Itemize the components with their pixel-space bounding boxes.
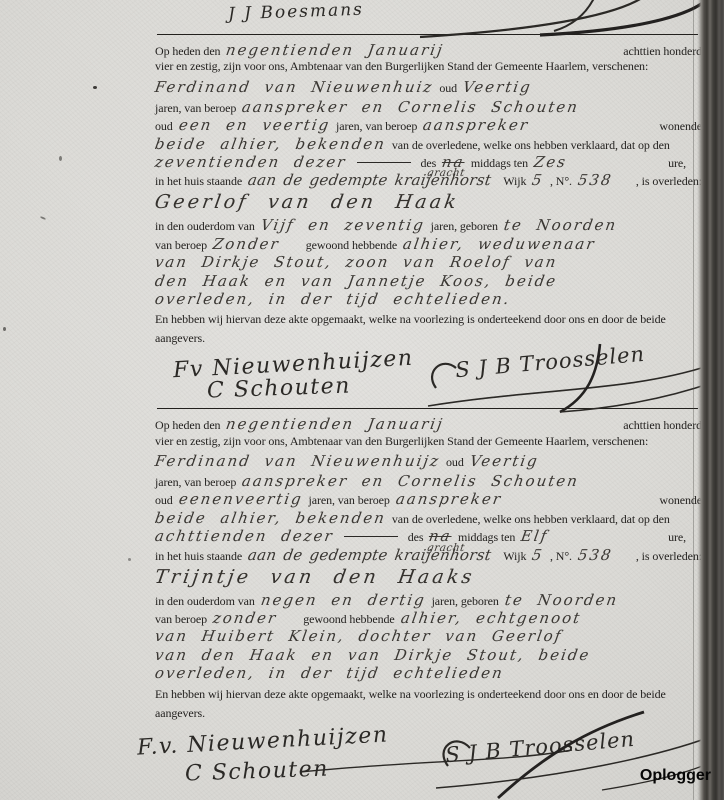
printed-text: in het huis staande [155, 174, 242, 189]
signature-top: J J Boesmans [228, 0, 365, 24]
handwritten-occupation: aanspreker en Cornelis Schouten [241, 472, 581, 490]
handwritten-age: eenenveertig [177, 490, 304, 508]
deceased-name: Geerlof van den Haak [153, 191, 461, 213]
printed-text: achttien honderd [623, 44, 702, 59]
printed-text: middags ten [471, 156, 528, 171]
handwritten-death-date: achttienden dezer [154, 527, 336, 545]
handwritten-death-date: zeventienden dezer [154, 153, 348, 171]
handwritten-date: negentienden Januarij [225, 415, 446, 433]
printed-text: En hebben wij hiervan deze akte opgemaak… [155, 312, 666, 327]
record-line: van Dirkje Stout, zoon van Roelof van [155, 253, 702, 271]
record-line: vier en zestig, zijn voor ons, Ambtenaar… [155, 59, 702, 77]
top-margin-zone: J J Boesmans [0, 0, 724, 34]
printed-text: Op heden den [155, 418, 220, 433]
handwritten-housenumber: 538 [577, 171, 614, 189]
printed-text: jaren, van beroep [155, 475, 236, 490]
watermark-oplogger: Oplogger [640, 767, 711, 785]
printed-text: aangevers. [155, 331, 205, 346]
record-line: En hebben wij hiervan deze akte opgemaak… [155, 312, 702, 331]
printed-text: van de overledene, welke ons hebben verk… [392, 138, 670, 153]
printed-text: Wijk [503, 174, 526, 189]
deceased-name: Trijntje van den Haaks [153, 566, 476, 588]
printed-text: oud [446, 455, 464, 470]
handwritten-age-deceased: Vijf en zeventig [259, 216, 426, 234]
handwritten-age: Veertig [468, 452, 540, 470]
handwritten-text: alhier, weduwenaar [402, 235, 597, 253]
handwritten-housenumber: 538 [577, 546, 614, 564]
handwritten-age: Veertig [462, 78, 534, 96]
printed-text: aangevers. [155, 706, 205, 721]
printed-text: , N°. [550, 549, 572, 564]
handwritten-parents: den Haak en van Jannetje Koos, beide [154, 272, 559, 290]
record-line: Ferdinand van Nieuwenhuiz oud Veertig [155, 78, 702, 98]
printed-text: gewoond hebbende [306, 238, 397, 253]
signature-block-2: F.v. Nieuwenhuijzen C Schouten S J B Tro… [155, 721, 702, 800]
book-binding-edge [697, 0, 724, 800]
handwritten-declarant-name: Ferdinand van Nieuwenhuiz [154, 78, 435, 96]
printed-text: , N°. [550, 174, 572, 189]
handwritten-parents: van den Haak en van Dirkje Stout, beide [154, 646, 592, 664]
record-line: Op heden den negentienden Januarij achtt… [155, 415, 702, 433]
printed-text: ure, [668, 156, 686, 171]
handwritten-age-deceased: negen en dertig [259, 591, 427, 609]
record-line: jaren, van beroep aanspreker en Cornelis… [155, 472, 702, 490]
record-line: van den Haak en van Dirkje Stout, beide [155, 646, 702, 664]
ink-speck [59, 156, 62, 161]
scanned-death-register-page: J J Boesmans Op heden den negentienden J… [0, 0, 724, 800]
printed-text: oud [155, 493, 173, 508]
record-line: van beroep zonder gewoond hebbende alhie… [155, 609, 702, 627]
printed-text: oud [155, 119, 173, 134]
record-line: Op heden den negentienden Januarij achtt… [155, 41, 702, 59]
printed-text: jaren, van beroep [155, 101, 236, 116]
printed-text: jaren, van beroep [336, 119, 417, 134]
printed-text: middags ten [458, 530, 515, 545]
handwritten-occupation-deceased: zonder [212, 609, 279, 627]
handwritten-birthplace: te Noorden [502, 216, 618, 234]
signature-registrar: S J B Troosselen [444, 726, 636, 766]
printed-text: vier en zestig, zijn voor ons, Ambtenaar… [155, 434, 648, 449]
handwritten-occupation-deceased: Zonder [212, 235, 282, 253]
record-line: jaren, van beroep aanspreker en Cornelis… [155, 98, 702, 116]
handwritten-text: alhier, echtgenoot [399, 609, 582, 627]
signature-declarant-1: F.v. Nieuwenhuijzen [137, 722, 390, 760]
ink-speck [128, 558, 131, 561]
handwritten-text: beide alhier, bekenden [154, 509, 388, 527]
printed-text: Op heden den [155, 44, 220, 59]
record-line: En hebben wij hiervan deze akte opgemaak… [155, 687, 702, 706]
handwritten-date: negentienden Januarij [225, 41, 446, 59]
printed-text: des [408, 530, 424, 545]
record-line: beide alhier, bekenden van de overledene… [155, 509, 702, 527]
printed-text: in den ouderdom van [155, 219, 255, 234]
ink-speck [93, 86, 97, 89]
handwritten-occupation: aanspreker en Cornelis Schouten [241, 98, 581, 116]
signature-declarant-2: C Schouten [185, 756, 330, 786]
record-line: den Haak en van Jannetje Koos, beide [155, 272, 702, 290]
record-line: in den ouderdom van Vijf en zeventig jar… [155, 216, 702, 234]
printed-text: ure, [668, 530, 686, 545]
printed-text: van beroep [155, 612, 207, 627]
record-line: vier en zestig, zijn voor ons, Ambtenaar… [155, 434, 702, 452]
handwritten-superscript: gracht [426, 542, 428, 554]
record-line: Trijntje van den Haaks [155, 566, 702, 591]
printed-text: Wijk [503, 549, 526, 564]
handwritten-birthplace: te Noorden [503, 591, 619, 609]
handwritten-occupation: aanspreker [422, 116, 531, 134]
handwritten-parents: van Dirkje Stout, zoon van Roelof van [154, 253, 559, 271]
record-line: van Huibert Klein, dochter van Geerlof [155, 627, 702, 645]
record-line: aangevers. [155, 706, 702, 721]
death-record-1: Op heden den negentienden Januarij achtt… [0, 35, 724, 408]
printed-text: gewoond hebbende [303, 612, 394, 627]
printed-text: achttien honderd [623, 418, 702, 433]
handwritten-parents: overleden, in der tijd echtelieden. [154, 290, 512, 308]
record-line: overleden, in der tijd echtelieden [155, 664, 702, 682]
record-line: in het huis staande aan de gedempte krai… [155, 546, 702, 566]
handwritten-parents: overleden, in der tijd echtelieden [154, 664, 506, 682]
signature-registrar: S J B Troosselen [454, 342, 646, 382]
printed-text: oud [439, 81, 457, 96]
printed-text: jaren, van beroep [308, 493, 389, 508]
record-line: van beroep Zonder gewoond hebbende alhie… [155, 235, 702, 253]
death-record-2: Op heden den negentienden Januarij achtt… [0, 409, 724, 800]
handwritten-declarant-name: Ferdinand van Nieuwenhuijz [154, 452, 442, 470]
handwritten-text: beide alhier, bekenden [154, 135, 388, 153]
handwritten-wijk: 5 [531, 546, 545, 564]
handwritten-wijk: 5 [531, 171, 545, 189]
printed-text: En hebben wij hiervan deze akte opgemaak… [155, 687, 666, 702]
printed-text: in het huis staande [155, 549, 242, 564]
record-line: beide alhier, bekenden van de overledene… [155, 135, 702, 153]
handwritten-hour: Elf [520, 527, 550, 545]
record-line: in den ouderdom van negen en dertig jare… [155, 591, 702, 609]
signature-block-1: Fv Nieuwenhuijzen C Schouten S J B Troos… [155, 346, 702, 408]
handwritten-occupation: aanspreker [394, 490, 503, 508]
ink-speck [3, 327, 6, 331]
record-line: Ferdinand van Nieuwenhuijz oud Veertig [155, 452, 702, 472]
record-line: overleden, in der tijd echtelieden. [155, 290, 702, 308]
printed-text: in den ouderdom van [155, 594, 255, 609]
printed-text: jaren, geboren [432, 594, 499, 609]
record-line: oud een en veertig jaren, van beroep aan… [155, 116, 702, 134]
record-line: oud eenenveertig jaren, van beroep aansp… [155, 490, 702, 508]
printed-text: wonende [659, 119, 702, 134]
handwritten-hour: Zes [533, 153, 569, 171]
filler-line [344, 536, 398, 537]
printed-text: van de overledene, welke ons hebben verk… [392, 512, 670, 527]
record-line: in het huis staande aan de gedempte krai… [155, 171, 702, 191]
signature-declarant-2: C Schouten [207, 374, 352, 404]
handwritten-superscript: gracht [426, 167, 428, 179]
handwritten-parents: van Huibert Klein, dochter van Geerlof [154, 627, 564, 645]
printed-text: wonende [659, 493, 702, 508]
printed-text: jaren, geboren [431, 219, 498, 234]
printed-text: van beroep [155, 238, 207, 253]
printed-text: vier en zestig, zijn voor ons, Ambtenaar… [155, 59, 648, 74]
filler-line [357, 162, 411, 163]
record-line: Geerlof van den Haak [155, 191, 702, 216]
handwritten-age: een en veertig [177, 116, 331, 134]
